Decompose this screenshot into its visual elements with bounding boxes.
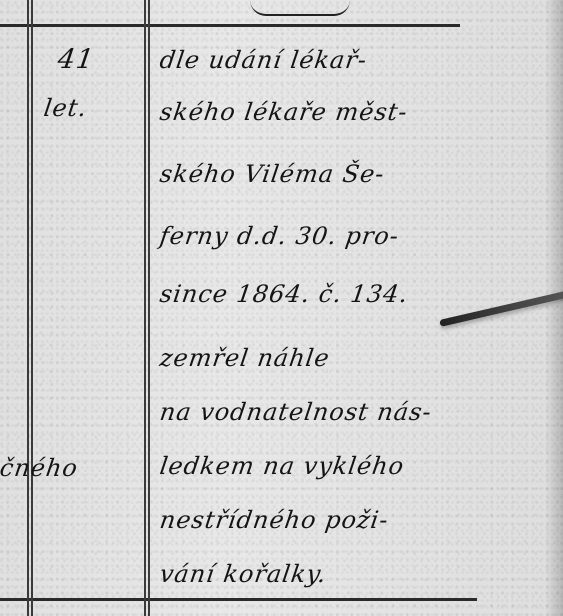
remarks-line-3: ského Viléma Še- xyxy=(158,160,386,188)
remarks-line-9: nestřídného poži- xyxy=(158,506,391,534)
column-rule-2b xyxy=(148,0,150,616)
bottom-rule xyxy=(0,598,477,601)
remarks-line-7: na vodnatelnost nás- xyxy=(158,398,434,426)
remarks-line-5: since 1864. č. 134. xyxy=(158,280,410,308)
signature-flourish xyxy=(250,0,350,16)
remarks-line-6: zemřel náhle xyxy=(158,344,332,372)
top-rule xyxy=(0,24,460,27)
remarks-line-2: ského lékaře měst- xyxy=(158,98,410,126)
remarks-line-8: ledkem na vyklého xyxy=(158,452,406,480)
remarks-line-4: ferny d.d. 30. pro- xyxy=(158,222,401,250)
remarks-line-10: vání kořalky. xyxy=(158,560,329,588)
left-column-fragment: čného xyxy=(0,454,80,482)
page-edge-shadow xyxy=(545,0,563,616)
age-unit: let. xyxy=(42,94,89,122)
age-number: 41 xyxy=(56,44,97,75)
remarks-line-1: dle udání lékař- xyxy=(158,46,369,74)
column-rule-1b xyxy=(31,0,33,616)
column-rule-1a xyxy=(27,0,29,616)
register-page: čného 41 let. dle udání lékař- ského lék… xyxy=(0,0,563,616)
column-rule-2a xyxy=(144,0,146,616)
